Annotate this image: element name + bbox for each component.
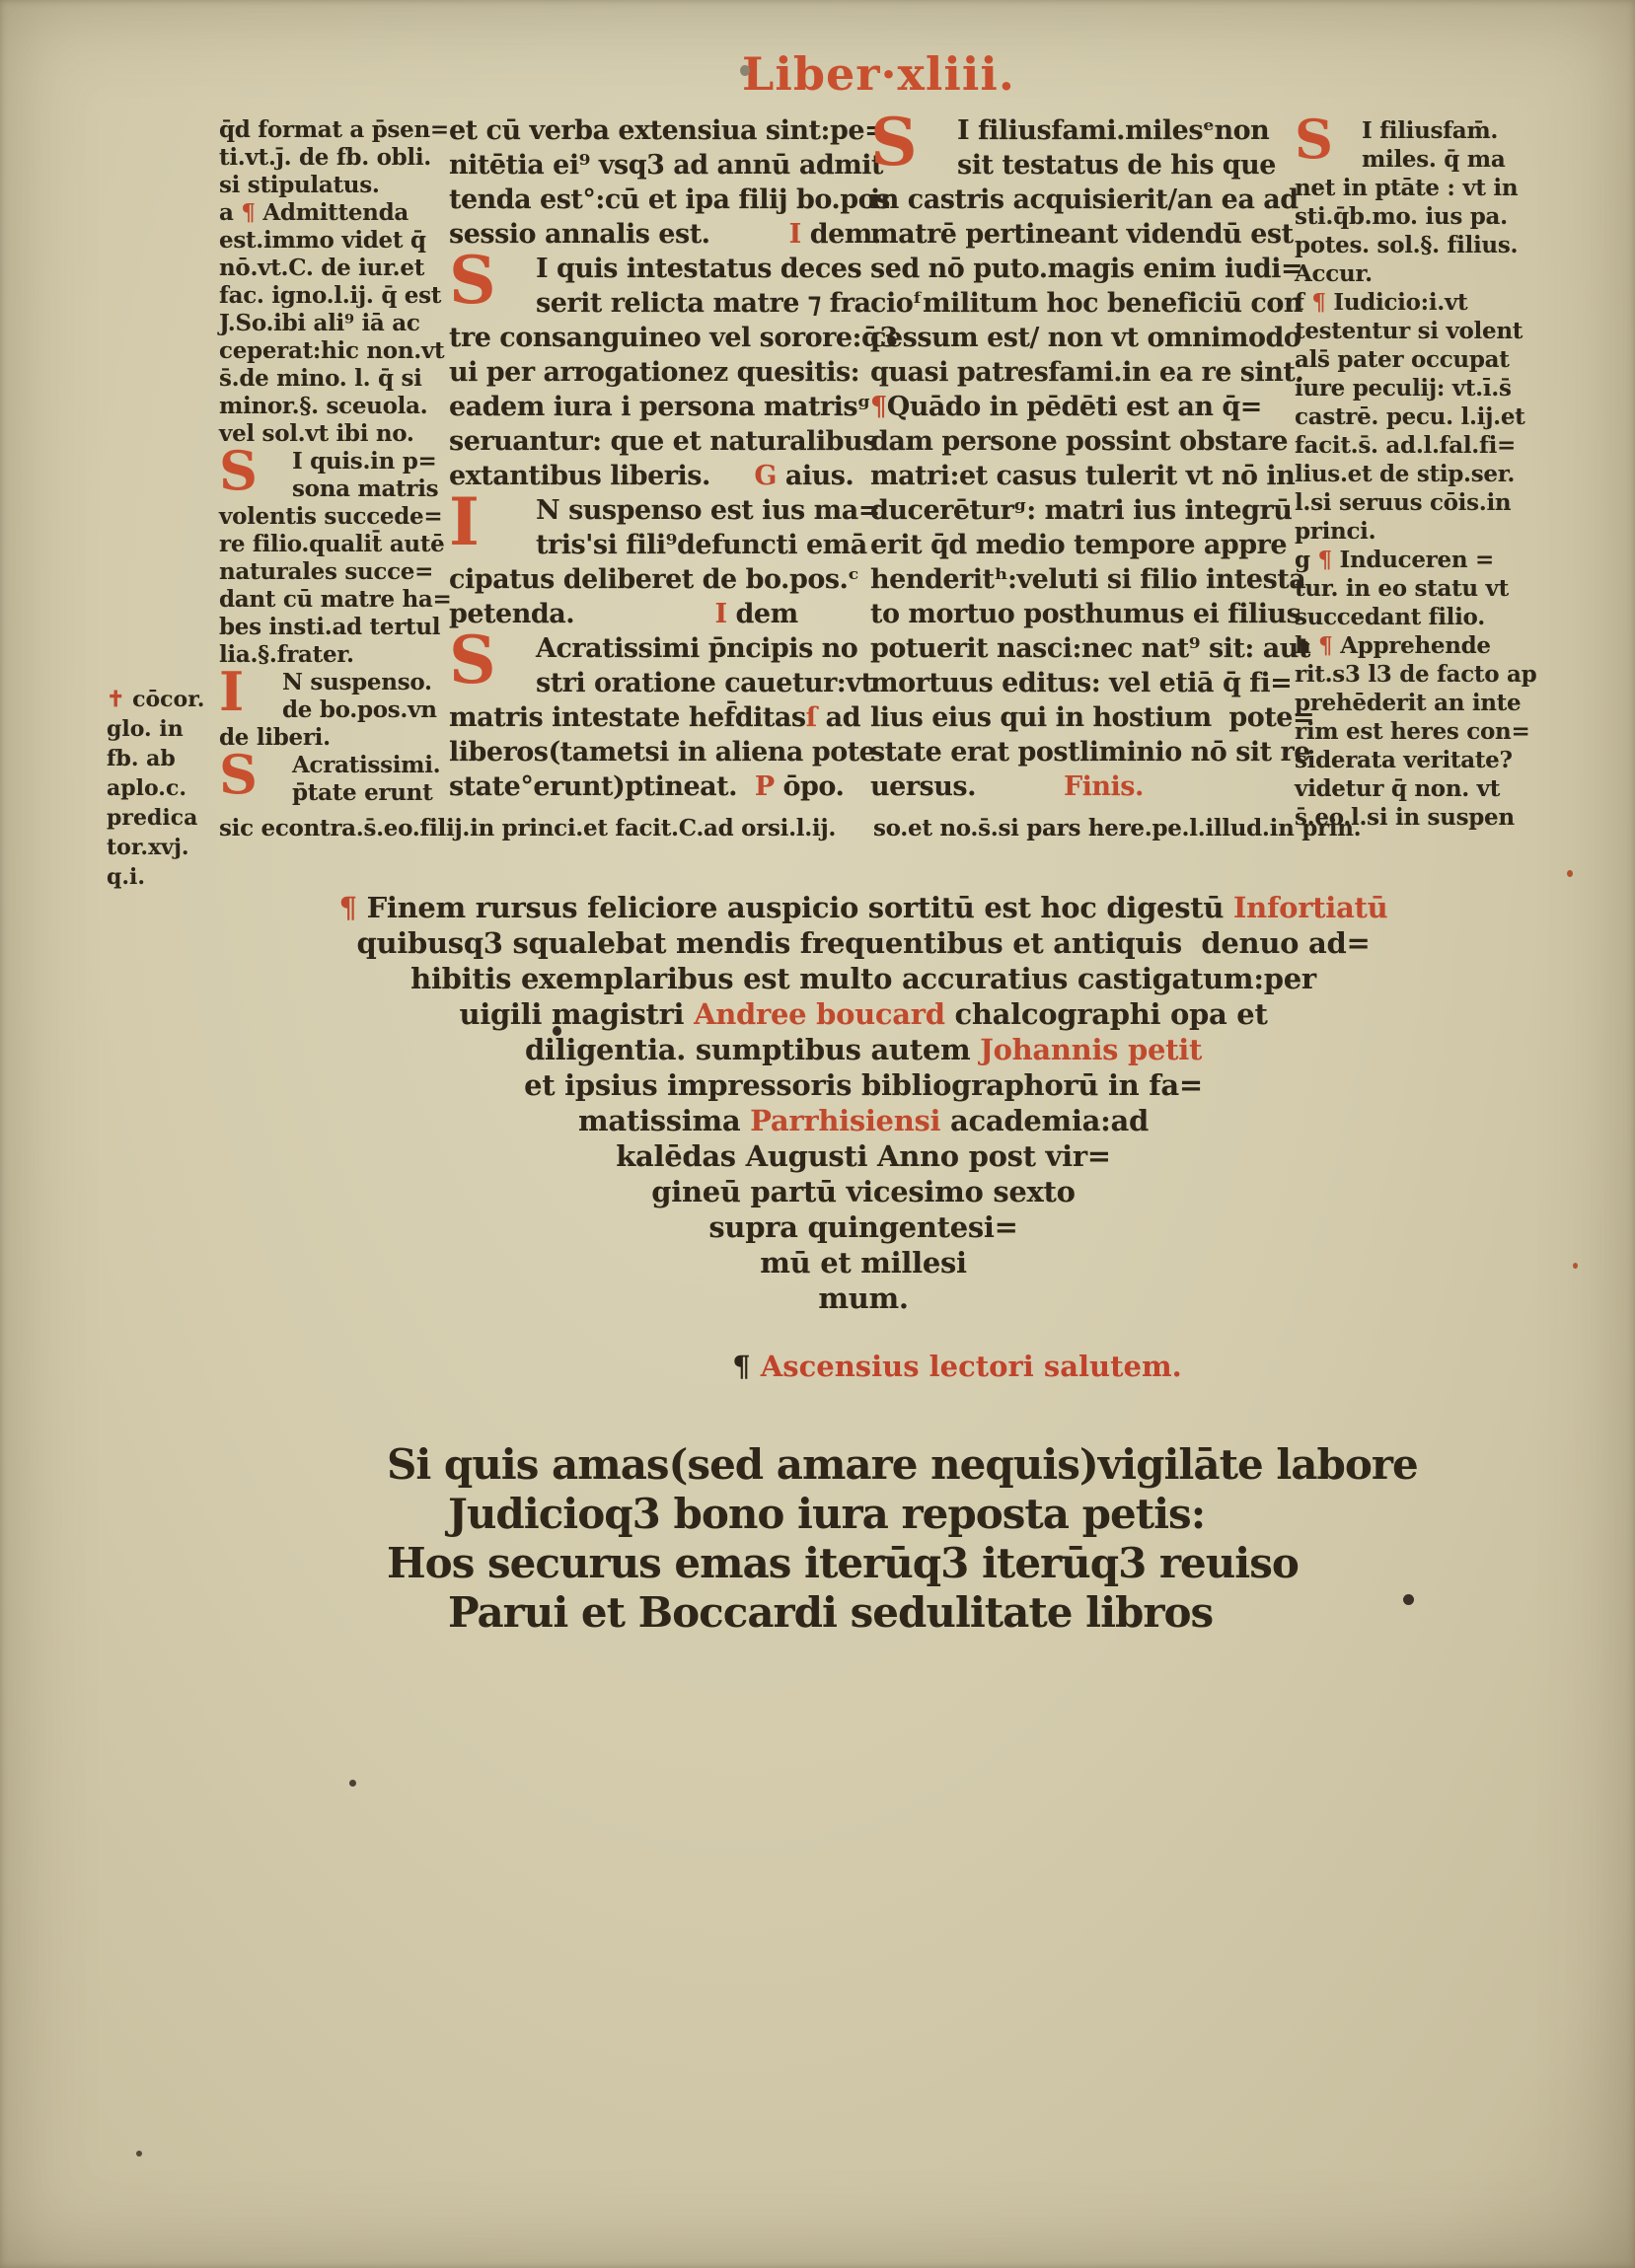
text-line: et ipsius impressoris bibliographorū in … (306, 1067, 1421, 1103)
text-line: liberos(tametsi in aliena pote (449, 735, 873, 769)
text-line: facit.s̄. ad.l.fal.fi= (1295, 431, 1529, 460)
text-line: f ¶ Iudicio:i.vt (1295, 288, 1529, 317)
text-line: ti.vt.j̄. de fb. obli. (219, 144, 454, 172)
closing-verse: Si quis amas(sed amare nequis)vigilāte l… (387, 1440, 1418, 1638)
ink-speck (1403, 1594, 1414, 1605)
text-line: videtur q̄ non. vt (1295, 774, 1529, 803)
text-line: de bo.pos.vn (219, 696, 454, 724)
text-line: mortuus editus: vel etiā q̄ fi= (870, 666, 1301, 700)
text-line: uigili magistri Andree boucard chalcogra… (306, 996, 1421, 1032)
text-line: cessum est/ non vt omnimodo (870, 321, 1301, 355)
text-line: hibitis exemplaribus est multo accuratiu… (306, 961, 1421, 996)
text-line: siderata veritate? (1295, 746, 1529, 774)
text-line: erit q̄d medio tempore appre (870, 528, 1301, 562)
text-column-left: et cū verba extensiua sint:pe=nitētia ei… (449, 113, 873, 804)
text-line: h ¶ Apprehende (1295, 631, 1529, 660)
text-line: si stipulatus. (219, 172, 454, 199)
text-line: re filio.qualit̄ autē (219, 531, 454, 558)
ink-speck (349, 1780, 356, 1787)
text-line: state erat postliminio nō sit re (870, 735, 1301, 769)
text-line: Accur. (1295, 259, 1529, 288)
text-line: princi. (1295, 517, 1529, 546)
text-line: tenda est°:cū et ipa filij bo.pos (449, 183, 873, 217)
text-line: ¶ Finem rursus feliciore auspicio sortit… (306, 890, 1421, 925)
text-line: IN suspenso. (219, 669, 454, 696)
book-page-scan: Liber·xliii. ✝ cōcor.glo. infb. abaplo.c… (0, 0, 1635, 2268)
text-line: sti.q̄b.mo. ius pa. (1295, 202, 1529, 231)
text-line: fb. ab (107, 744, 235, 773)
text-line: serit relicta matre ⁊ fra (449, 286, 873, 321)
text-line: q̄d format a p̄sen= (219, 116, 454, 144)
text-line: sona matris (219, 476, 454, 503)
text-line: IN suspenso est ius ma= (449, 493, 873, 528)
text-line: fac. igno.l.ij. q̄ est (219, 282, 454, 310)
text-line: tris'si fili⁹defuncti emā (449, 528, 873, 562)
text-line: J.So.ibi ali⁹ iā ac (219, 310, 454, 337)
text-line: SI quis intestatus deces (449, 252, 873, 286)
text-line: cipatus deliberet de bo.pos.ᶜ (449, 562, 873, 597)
text-line: potes. sol.§. filius. (1295, 231, 1529, 259)
text-line: ✝ cōcor. (107, 685, 235, 714)
text-line: nitētia ei⁹ vsq3 ad annū admit (449, 148, 873, 183)
text-line: matri:et casus tulerit vt nō in (870, 459, 1301, 493)
text-line: ¶Quādo in pēdēti est an q̄= (870, 390, 1301, 424)
text-line: matris intestate hef̄ditasſ ad (449, 700, 873, 735)
text-line: miles. q̄ ma (1295, 145, 1529, 174)
text-line: minor.§. sceuola. (219, 393, 454, 420)
margin-gloss-far-left: ✝ cōcor.glo. infb. abaplo.c.predicator.x… (107, 685, 235, 892)
text-line: castrē. pecu. l.ij.et (1295, 402, 1529, 431)
text-line: rim est heres con= (1295, 717, 1529, 746)
text-line: ui per arrogationez quesitis: (449, 355, 873, 390)
text-line: uersus. Finis. (870, 769, 1301, 804)
text-line: ducerēturᵍ: matri ius integrū (870, 493, 1301, 528)
text-line: quasi patresfami.in ea re sint. (870, 355, 1301, 390)
ink-speck (1567, 870, 1573, 877)
colophon: ¶ Finem rursus feliciore auspicio sortit… (306, 890, 1421, 1316)
text-line: ceperat:hic non.vt (219, 337, 454, 365)
text-line: supra quingentesi= (306, 1209, 1421, 1245)
salutation-heading: ¶ Ascensius lectori salutem. (632, 1350, 1283, 1383)
text-line: tre consanguineo vel sorore:q̄3 (449, 321, 873, 355)
text-line: Judicioq3 bono iura reposta petis: (387, 1490, 1418, 1539)
text-line: SI quis.in p= (219, 448, 454, 476)
text-line: net in ptāte : vt in (1295, 174, 1529, 202)
text-line: als̄ pater occupat (1295, 345, 1529, 374)
text-line: est.immo videt q̄ (219, 227, 454, 255)
text-line: volentis succede= (219, 503, 454, 531)
text-line: ¶ Ascensius lectori salutem. (632, 1350, 1283, 1383)
text-line: matissima Parrhisiensi academia:ad (306, 1103, 1421, 1138)
text-line: q.i. (107, 862, 235, 892)
text-line: lia.§.frater. (219, 641, 454, 669)
text-line: glo. in (107, 714, 235, 744)
text-line: Parui et Boccardi sedulitate libros (387, 1588, 1418, 1638)
text-line: iure peculij: vt.ī.s̄ (1295, 374, 1529, 402)
text-line: SI filiusfam̄. (1295, 116, 1529, 145)
text-line: SI filiusfami.milesᵉnon (870, 113, 1301, 148)
text-line: henderitʰ:veluti si filio intesta (870, 562, 1301, 597)
text-line: mum. (306, 1280, 1421, 1316)
text-line: l.si seruus cōis.in (1295, 488, 1529, 517)
text-line: g ¶ Induceren = (1295, 546, 1529, 574)
text-line: lius eius qui in hostium pote= (870, 700, 1301, 735)
text-line: bes insti.ad tertul (219, 614, 454, 641)
text-line: succedant filio. (1295, 603, 1529, 631)
ink-speck (740, 65, 750, 76)
text-line: seruantur: que et naturalibus (449, 424, 873, 459)
text-line: a ¶ Admittenda (219, 199, 454, 227)
text-line: potuerit nasci:nec nat⁹ sit: aut (870, 631, 1301, 666)
text-line: to mortuo posthumus ei filius (870, 597, 1301, 631)
text-line: stri oratione cauetur:vt (449, 666, 873, 700)
text-line: diligentia. sumptibus autem Johannis pet… (306, 1032, 1421, 1067)
text-line: p̄tate erunt (219, 779, 454, 807)
text-line: aplo.c. (107, 773, 235, 803)
text-line: s̄.de mino. l. q̄ si (219, 365, 454, 393)
text-line: naturales succe= (219, 558, 454, 586)
text-line: nō.vt.C. de iur.et (219, 255, 454, 282)
text-line: quibusq3 squalebat mendis frequentibus e… (306, 925, 1421, 961)
text-line: kalēdas Augusti Anno post vir= (306, 1138, 1421, 1174)
text-line: cioᶠmilitum hoc beneficiū con (870, 286, 1301, 321)
text-column-right: SI filiusfami.milesᵉnonsit testatus de h… (870, 113, 1301, 804)
text-line: dam persone possint obstare (870, 424, 1301, 459)
footnote-right: so.et no.s̄.si pars here.pe.l.illud.in p… (873, 815, 1361, 841)
running-title: Liber·xliii. (742, 47, 1015, 101)
text-line: gineū partū vicesimo sexto (306, 1174, 1421, 1209)
footnote-left: sic econtra.s̄.eo.filij.in princi.et fac… (219, 815, 836, 841)
text-line: sed nō puto.magis enim iudi= (870, 252, 1301, 286)
text-line: Si quis amas(sed amare nequis)vigilāte l… (387, 1440, 1418, 1490)
text-line: extantibus liberis. G aius. (449, 459, 873, 493)
text-line: sessio annalis est. I dem. (449, 217, 873, 252)
text-line: sit testatus de his que (870, 148, 1301, 183)
text-line: dant cū matre ha= (219, 586, 454, 614)
gloss-column-right: SI filiusfam̄.miles. q̄ manet in ptāte :… (1295, 116, 1529, 832)
text-line: petenda. I dem (449, 597, 873, 631)
gloss-column-left: q̄d format a p̄sen=ti.vt.j̄. de fb. obli… (219, 116, 454, 807)
text-line: Hos securus emas iterūq3 iterūq3 reuiso (387, 1539, 1418, 1588)
text-line: tur. in eo statu vt (1295, 574, 1529, 603)
text-line: rit.s3 l3 de facto ap (1295, 660, 1529, 689)
ink-speck (136, 2151, 142, 2157)
text-line: in castris acquisierit/an ea ad (870, 183, 1301, 217)
text-line: matrē pertineant videndū est (870, 217, 1301, 252)
text-line: et cū verba extensiua sint:pe= (449, 113, 873, 148)
ink-speck (1573, 1263, 1578, 1269)
text-line: eadem iura i persona matrisᵍ (449, 390, 873, 424)
text-line: SAcratissimi p̄ncipis no (449, 631, 873, 666)
text-line: state°erunt)ptineat. P ōpo. (449, 769, 873, 804)
text-line: SAcratissimi. (219, 752, 454, 779)
ink-speck (553, 1026, 561, 1036)
text-line: predica (107, 803, 235, 833)
text-line: prehēderit an inte (1295, 689, 1529, 717)
text-line: lius.et de stip.ser. (1295, 460, 1529, 488)
text-line: testentur si volent (1295, 317, 1529, 345)
text-line: mū et millesi (306, 1245, 1421, 1280)
text-line: tor.xvj. (107, 833, 235, 862)
